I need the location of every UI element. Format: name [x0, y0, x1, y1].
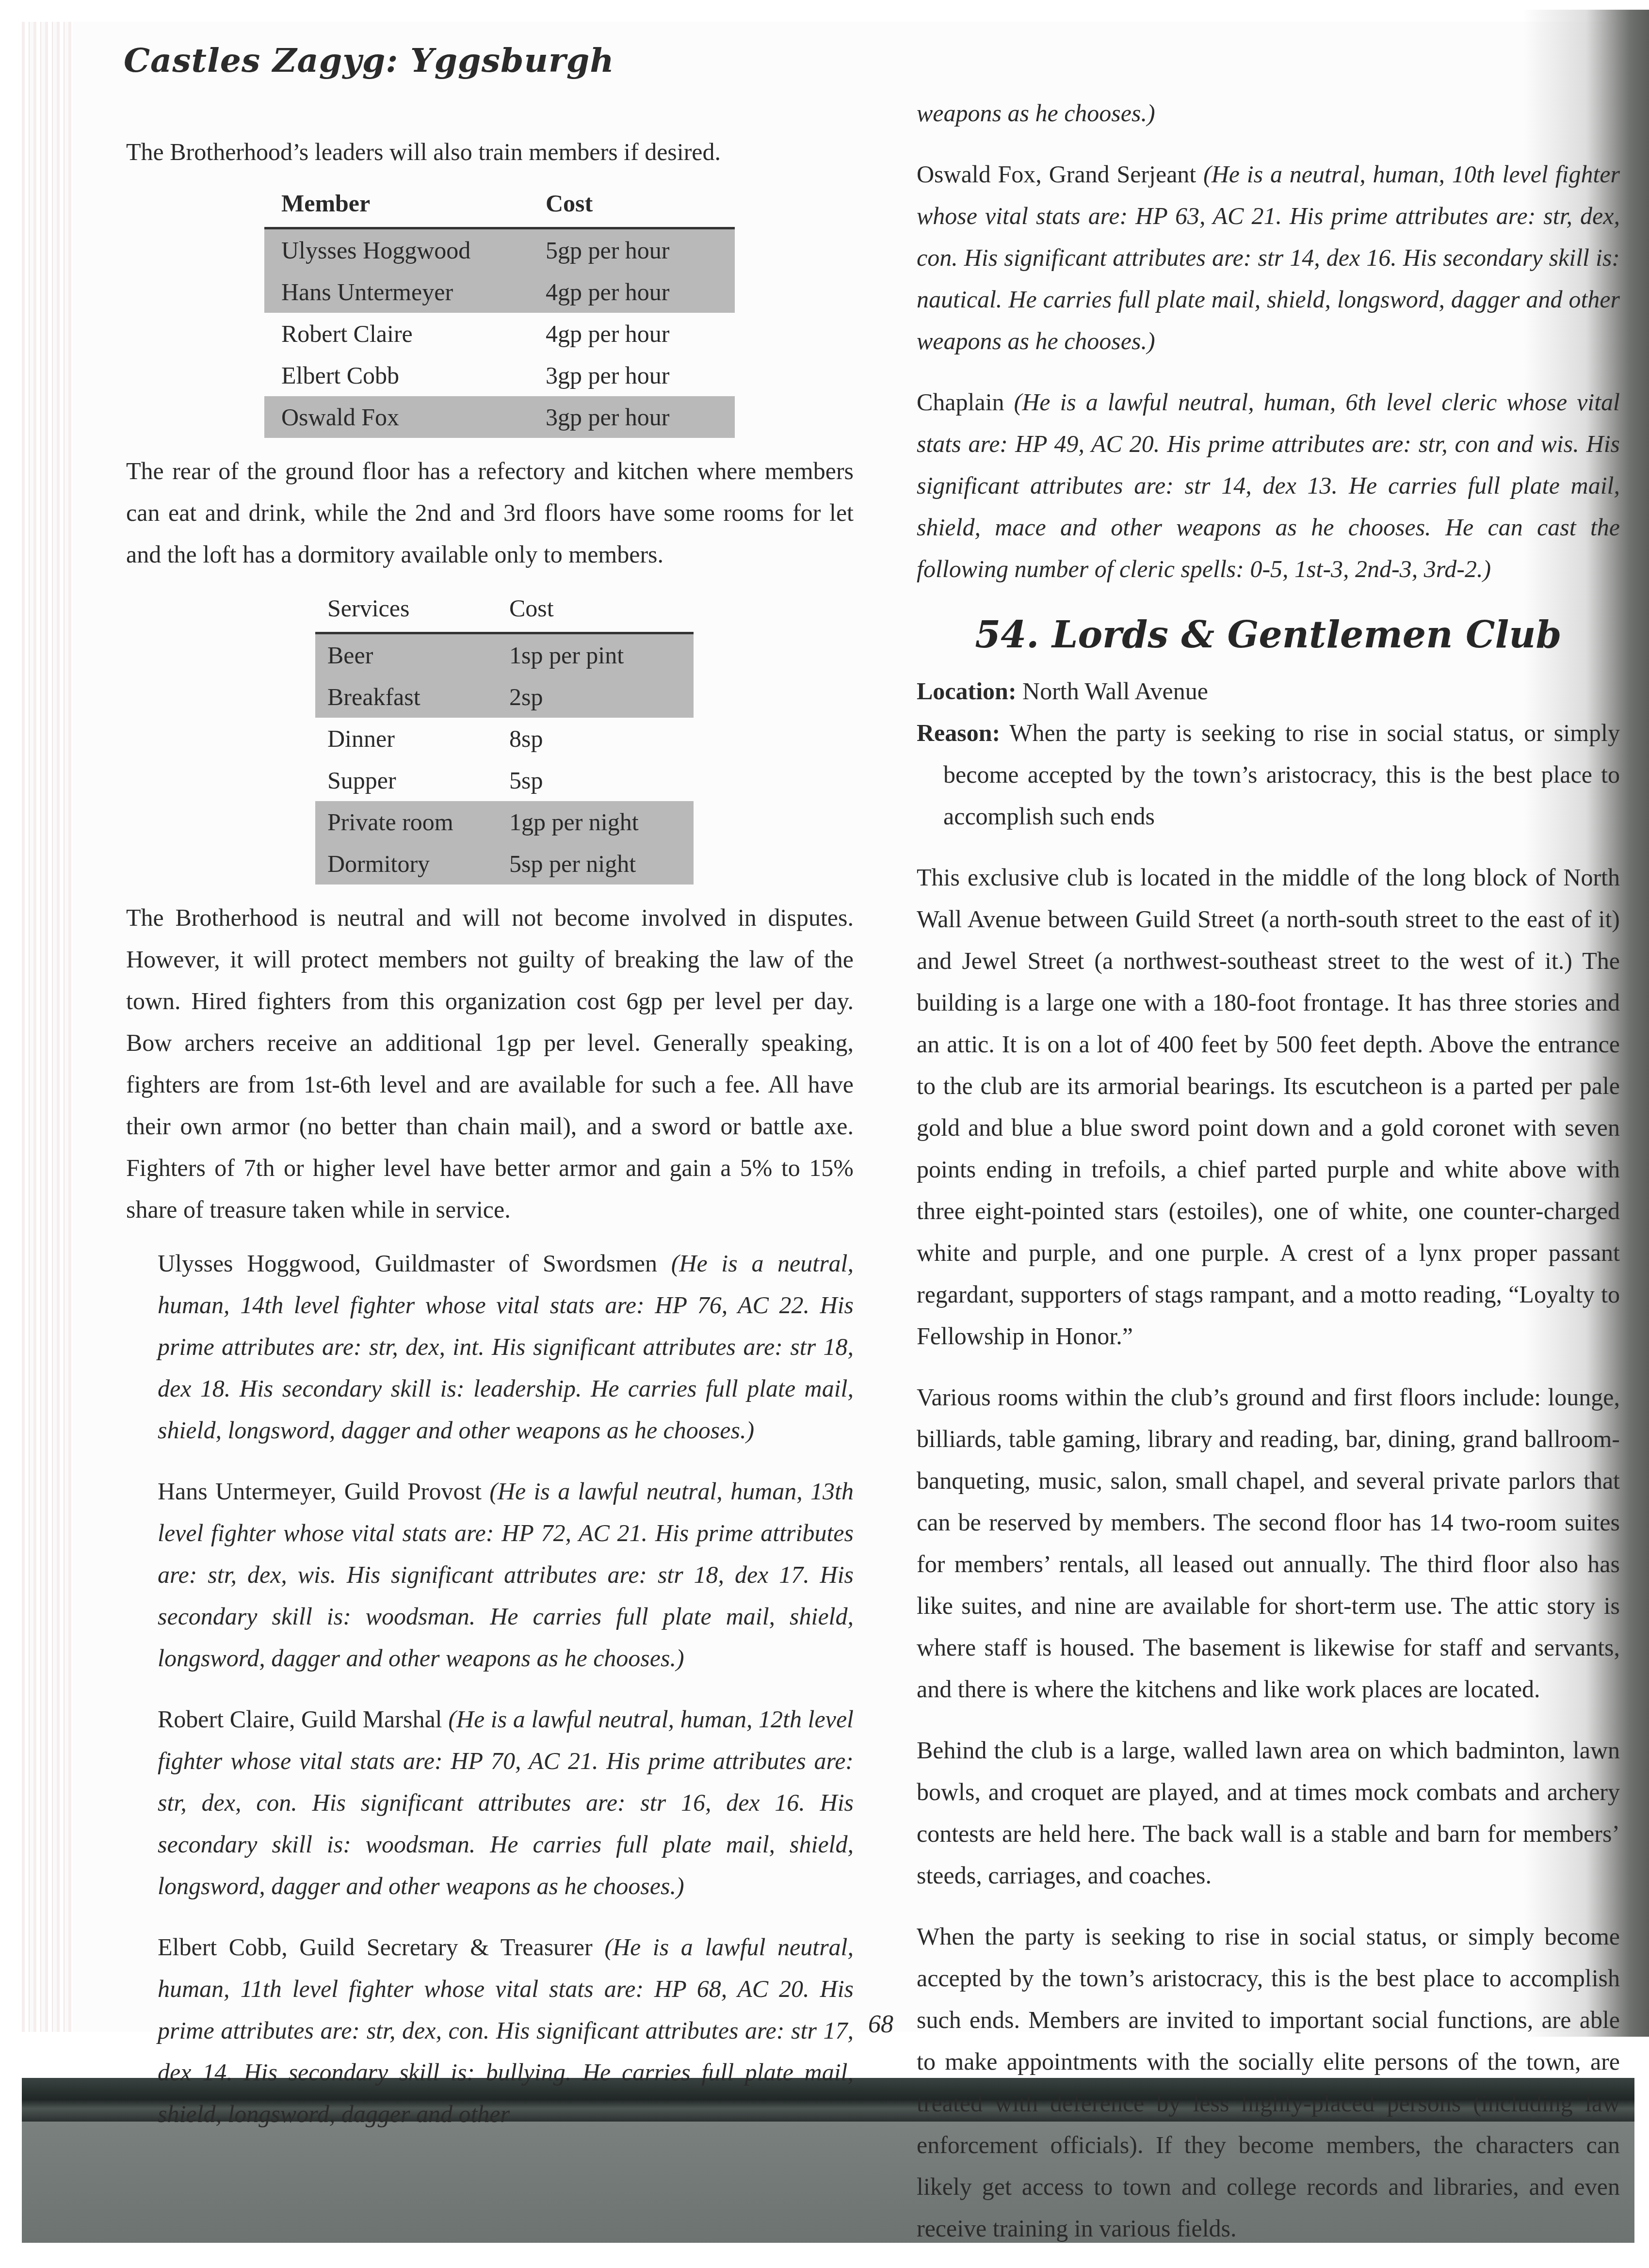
table-row: Dormitory 5sp per night — [315, 843, 694, 885]
member-name: Hans Untermeyer — [264, 271, 546, 313]
table-row: Hans Untermeyer 4gp per hour — [264, 271, 735, 313]
services-cost-table: Services Cost Beer 1sp per pint Breakfas… — [315, 587, 694, 885]
club-description-paragraph: This exclusive club is located in the mi… — [917, 856, 1620, 1357]
npc-name: Oswald Fox, Grand Serjeant — [917, 161, 1196, 188]
table-header-row: Member Cost — [264, 182, 735, 228]
service-cost: 5sp per night — [509, 843, 694, 885]
location-line: Location: North Wall Avenue — [917, 670, 1620, 712]
page-edge-stack — [22, 22, 73, 2032]
intro-paragraph: The Brotherhood’s leaders will also trai… — [126, 131, 854, 173]
npc-name: Hans Untermeyer, Guild Provost — [158, 1478, 482, 1505]
npc-entry: Oswald Fox, Grand Serjeant (He is a neut… — [917, 153, 1620, 362]
member-cost: 4gp per hour — [546, 313, 735, 354]
npc-name: Ulysses Hoggwood, Guildmaster of Swordsm… — [158, 1250, 657, 1277]
section-title: 54. Lords & Gentlemen Club — [917, 614, 1620, 656]
column-header: Cost — [546, 182, 735, 228]
location-value: North Wall Avenue — [1022, 677, 1208, 705]
reason-label: Reason: — [917, 719, 1000, 746]
npc-stats: (He is a neutral, human, 10th level figh… — [917, 161, 1620, 354]
column-header: Cost — [509, 587, 694, 633]
running-head: Castles Zagyg: Yggsburgh — [124, 41, 614, 80]
member-cost: 3gp per hour — [546, 396, 735, 438]
member-cost: 4gp per hour — [546, 271, 735, 313]
table-row: Supper 5sp — [315, 759, 694, 801]
right-column: weapons as he chooses.) Oswald Fox, Gran… — [917, 92, 1620, 2249]
continued-text: weapons as he chooses.) — [917, 92, 1620, 134]
page-number: 68 — [868, 2010, 893, 2039]
member-name: Robert Claire — [264, 313, 546, 354]
column-header: Member — [264, 182, 546, 228]
table-row: Oswald Fox 3gp per hour — [264, 396, 735, 438]
npc-name: Robert Claire, Guild Marshal — [158, 1705, 442, 1733]
service-name: Breakfast — [315, 676, 509, 718]
club-rooms-paragraph: Various rooms within the club’s ground a… — [917, 1376, 1620, 1710]
npc-entry: Chaplain (He is a lawful neutral, human,… — [917, 381, 1620, 590]
reason-value: When the party is seeking to rise in soc… — [943, 719, 1620, 830]
npc-name: Elbert Cobb, Guild Secretary & Treasurer — [158, 1933, 593, 1961]
npc-entry: Elbert Cobb, Guild Secretary & Treasurer… — [126, 1926, 854, 2135]
table-row: Elbert Cobb 3gp per hour — [264, 354, 735, 396]
member-cost: 5gp per hour — [546, 228, 735, 272]
neutral-paragraph: The Brotherhood is neutral and will not … — [126, 897, 854, 1230]
npc-name: Chaplain — [917, 388, 1004, 416]
member-name: Ulysses Hoggwood — [264, 228, 546, 272]
service-name: Dormitory — [315, 843, 509, 885]
table-row: Private room 1gp per night — [315, 801, 694, 843]
club-membership-paragraph: When the party is seeking to rise in soc… — [917, 1915, 1620, 2249]
table-row: Dinner 8sp — [315, 718, 694, 759]
member-name: Elbert Cobb — [264, 354, 546, 396]
service-name: Private room — [315, 801, 509, 843]
npc-stats: (He is a lawful neutral, human, 6th leve… — [917, 388, 1620, 582]
location-label: Location: — [917, 677, 1017, 705]
reason-line: Reason: When the party is seeking to ris… — [917, 712, 1620, 837]
service-name: Dinner — [315, 718, 509, 759]
member-name: Oswald Fox — [264, 396, 546, 438]
table-row: Robert Claire 4gp per hour — [264, 313, 735, 354]
npc-stats: (He is a lawful neutral, human, 12th lev… — [158, 1705, 854, 1899]
npc-entry: Robert Claire, Guild Marshal (He is a la… — [126, 1698, 854, 1907]
service-cost: 5sp — [509, 759, 694, 801]
service-name: Supper — [315, 759, 509, 801]
service-name: Beer — [315, 633, 509, 676]
member-cost: 3gp per hour — [546, 354, 735, 396]
table-row: Breakfast 2sp — [315, 676, 694, 718]
npc-entry: Ulysses Hoggwood, Guildmaster of Swordsm… — [126, 1242, 854, 1451]
npc-stats: (He is a lawful neutral, human, 11th lev… — [158, 1933, 854, 2127]
table-row: Beer 1sp per pint — [315, 633, 694, 676]
table-row: Ulysses Hoggwood 5gp per hour — [264, 228, 735, 272]
service-cost: 1gp per night — [509, 801, 694, 843]
service-cost: 2sp — [509, 676, 694, 718]
npc-stats: (He is a neutral, human, 14th level figh… — [158, 1250, 854, 1444]
club-lawn-paragraph: Behind the club is a large, walled lawn … — [917, 1729, 1620, 1896]
npc-entry: Hans Untermeyer, Guild Provost (He is a … — [126, 1470, 854, 1679]
table-header-row: Services Cost — [315, 587, 694, 633]
member-cost-table: Member Cost Ulysses Hoggwood 5gp per hou… — [264, 182, 735, 438]
left-column: The Brotherhood’s leaders will also trai… — [126, 131, 854, 2135]
column-header: Services — [315, 587, 509, 633]
service-cost: 1sp per pint — [509, 633, 694, 676]
rear-floor-paragraph: The rear of the ground floor has a refec… — [126, 450, 854, 575]
service-cost: 8sp — [509, 718, 694, 759]
npc-stats: (He is a lawful neutral, human, 13th lev… — [158, 1478, 854, 1672]
